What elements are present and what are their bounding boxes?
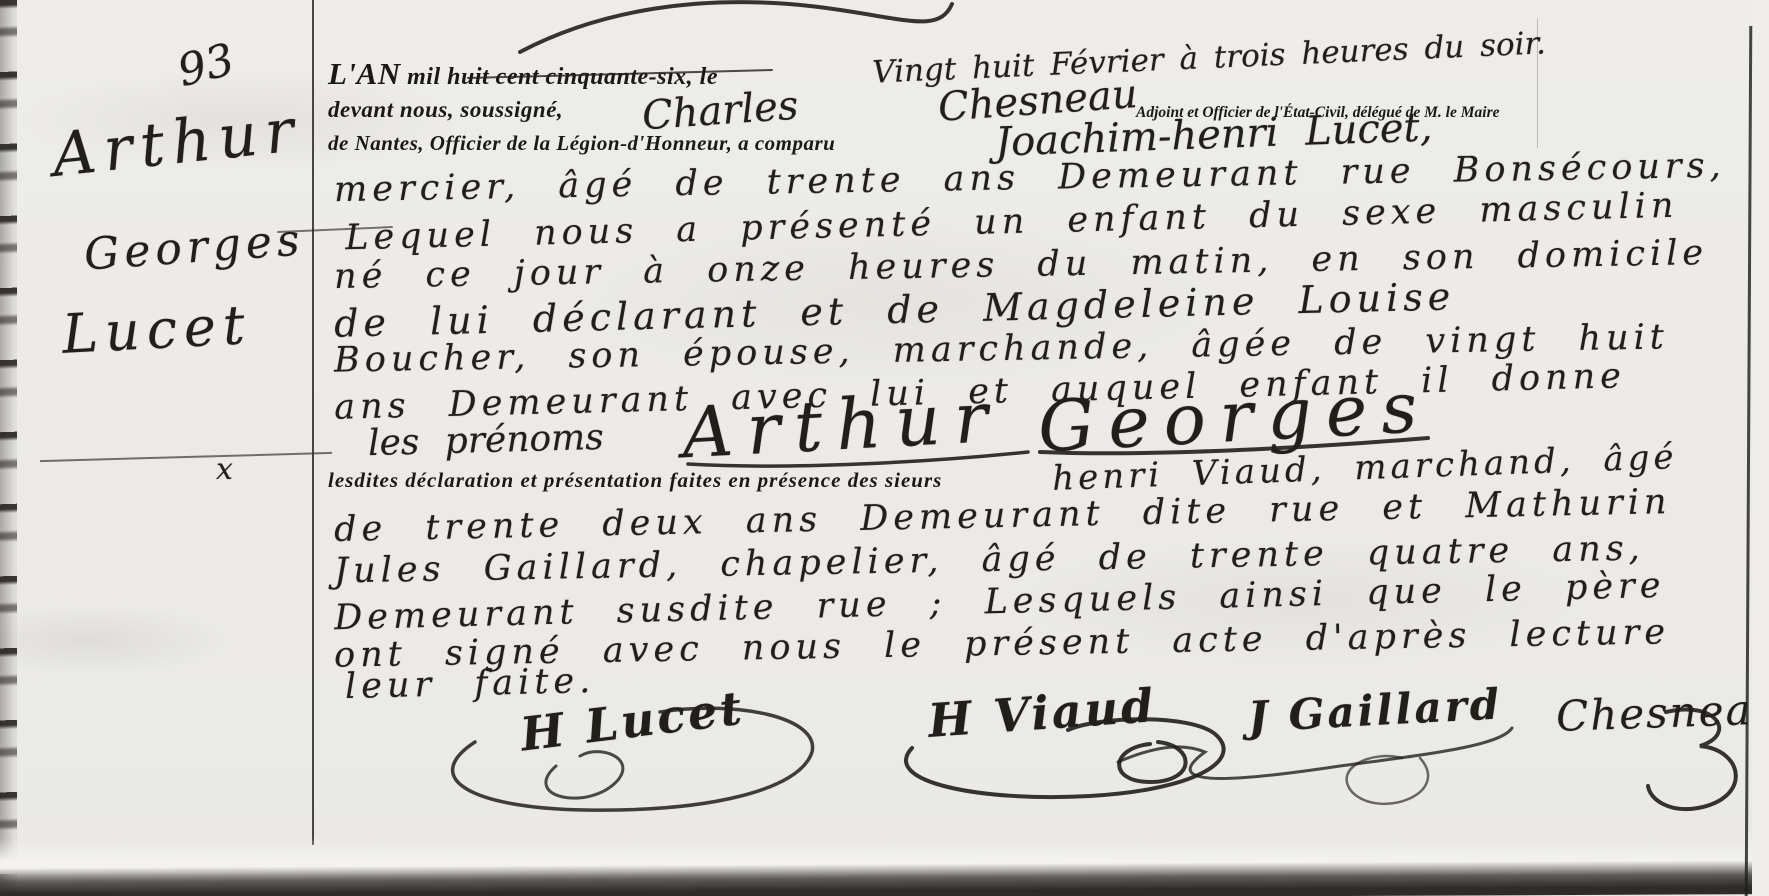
signature-flourish-lucet-inner	[546, 752, 623, 799]
margin-underline	[40, 452, 332, 462]
margin-name-georges: Georges	[82, 214, 306, 280]
margin-name-lucet: Lucet	[60, 293, 253, 366]
hw-forename-arthur: Arthur	[680, 376, 1004, 475]
printed-opening-line: L'AN mil huit cent cinquante-six, le	[328, 56, 718, 92]
printed-opening-rest: mil huit cent cinquante-six, le	[407, 64, 718, 90]
signature-chesneau: Chesneau	[1555, 684, 1769, 741]
signature-flourish-viaud-inner	[1119, 742, 1185, 782]
adjacent-page-strip	[1752, 0, 1769, 896]
hw-closing-2: leur faite.	[345, 661, 596, 707]
printed-before-us: devant nous, soussigné,	[328, 97, 563, 123]
signature-flourish-gaillard-loop	[1347, 756, 1428, 804]
register-page-scan: 93 Arthur Georges Lucet x L'AN mil huit …	[0, 0, 1769, 896]
signature-gaillard: J Gaillard	[1247, 679, 1503, 741]
hw-forenames-label: les prénoms	[368, 417, 605, 464]
act-number: 93	[173, 34, 240, 97]
signature-viaud: H Viaud	[926, 678, 1157, 748]
top-flourish	[520, 2, 952, 52]
printed-opening-lead: L'AN	[328, 56, 401, 91]
printed-of-nantes: de Nantes, Officier de la Légion-d'Honne…	[328, 131, 835, 156]
margin-name-arthur: Arthur	[49, 95, 305, 191]
hw-date-time: Vingt huit Février à trois heures du soi…	[872, 25, 1547, 90]
margin-cross-mark: x	[216, 452, 233, 487]
binding-edge	[0, 0, 17, 896]
margin-vertical-rule	[312, 0, 314, 845]
printed-witnesses-intro: lesdites déclaration et présentation fai…	[328, 468, 942, 493]
